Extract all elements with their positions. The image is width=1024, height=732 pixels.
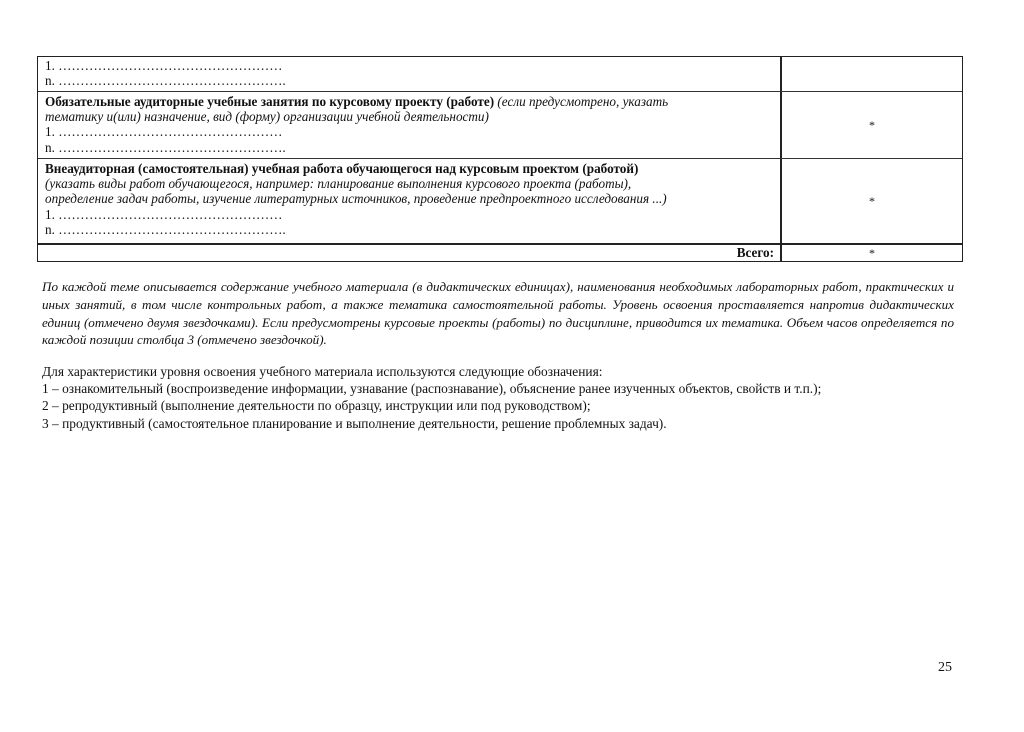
course-project-table: 1. …………………………………………… n. ……………………………………………	[37, 56, 963, 262]
page-number: 25	[938, 660, 952, 676]
section-heading: Обязательные аудиторные учебные занятия …	[45, 94, 776, 109]
heading-italic: (если предусмотрено, указать	[494, 94, 668, 109]
level-item: 3 – продуктивный (самостоятельное планир…	[42, 415, 962, 432]
level-item: 1 – ознакомительный (воспроизведение инф…	[42, 380, 962, 397]
section-description: определение задач работы, изучение литер…	[45, 191, 776, 206]
content-cell: Внеаудиторная (самостоятельная) учебная …	[38, 159, 782, 243]
content-cell: 1. …………………………………………… n. ……………………………………………	[38, 57, 782, 91]
section-description: тематику и(или) назначение, вид (форму) …	[45, 109, 776, 124]
list-item: 1. ……………………………………………	[45, 124, 776, 139]
heading-bold: Обязательные аудиторные учебные занятия …	[45, 94, 494, 109]
list-item: n. …………………………………………….	[45, 73, 776, 88]
table-row: 1. …………………………………………… n. ……………………………………………	[38, 57, 962, 91]
content-cell: Обязательные аудиторные учебные занятия …	[38, 92, 782, 158]
section-description: (указать виды работ обучающегося, наприм…	[45, 176, 776, 191]
total-label: Всего:	[38, 245, 782, 261]
table-row: Внеаудиторная (самостоятельная) учебная …	[38, 158, 962, 243]
total-hours: *	[782, 245, 962, 261]
hours-cell: *	[782, 159, 962, 243]
total-row: Всего: *	[38, 243, 962, 261]
list-item: 1. ……………………………………………	[45, 207, 776, 222]
level-item: 2 – репродуктивный (выполнение деятельно…	[42, 397, 962, 414]
document-page: 1. …………………………………………… n. ……………………………………………	[0, 0, 1024, 732]
table-row: Обязательные аудиторные учебные занятия …	[38, 91, 962, 158]
mastery-levels: Для характеристики уровня освоения учебн…	[42, 363, 962, 432]
list-item: 1. ……………………………………………	[45, 58, 776, 73]
levels-intro: Для характеристики уровня освоения учебн…	[42, 363, 962, 380]
list-item: n. …………………………………………….	[45, 222, 776, 237]
section-heading: Внеаудиторная (самостоятельная) учебная …	[45, 161, 776, 176]
hours-cell	[782, 57, 962, 91]
list-item: n. …………………………………………….	[45, 140, 776, 155]
table-note: По каждой теме описывается содержание уч…	[42, 278, 954, 349]
hours-cell: *	[782, 92, 962, 158]
